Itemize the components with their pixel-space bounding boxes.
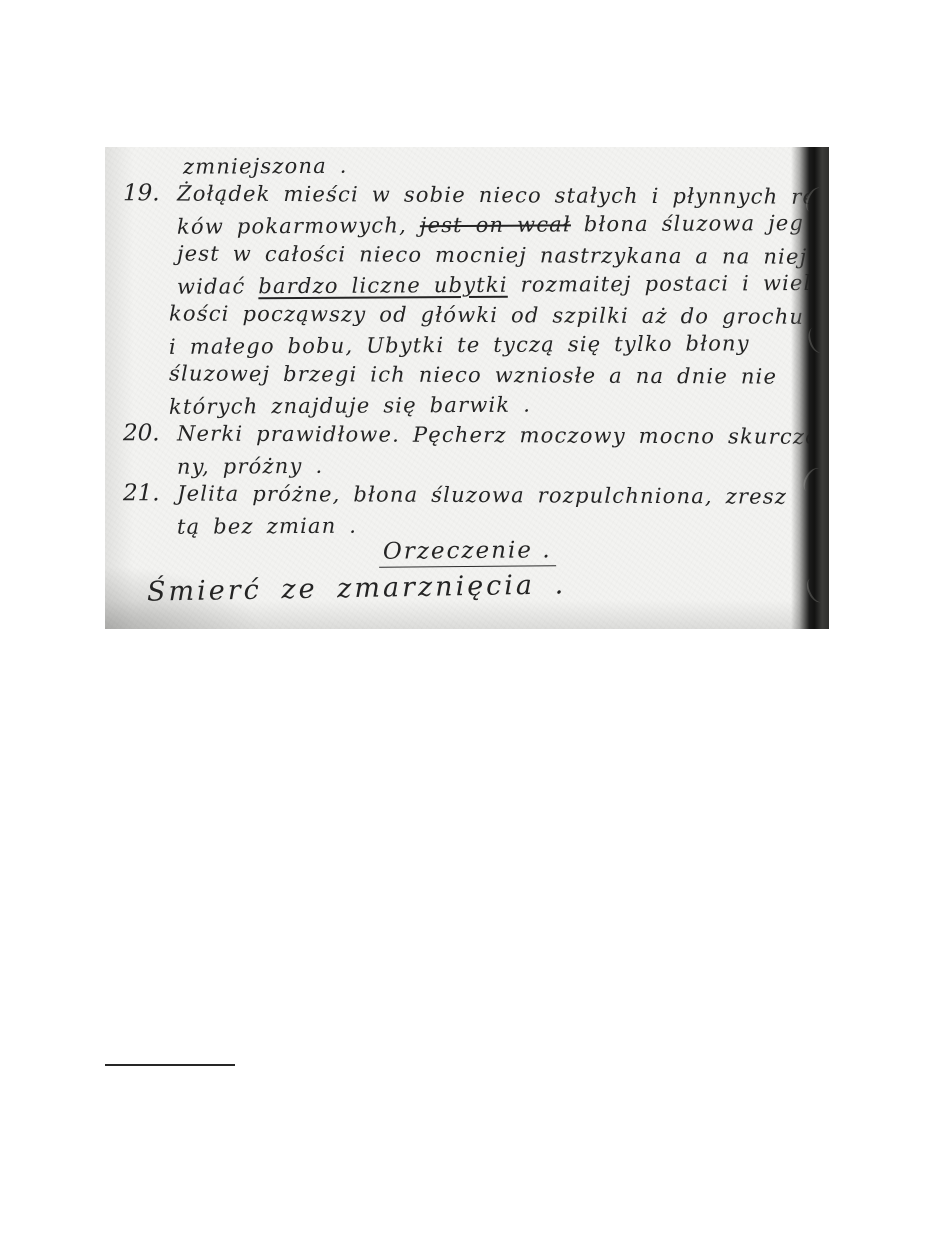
manuscript-line: ków pokarmowych, jest on wcał błona śluz… bbox=[105, 208, 829, 242]
line-text: ny, próżny . bbox=[177, 451, 323, 482]
line-text: kości począwszy od główki od szpilki aż … bbox=[169, 298, 804, 331]
manuscript-line: 19.Żołądek mieści w sobie nieco stałych … bbox=[105, 178, 829, 212]
manuscript-line: i małego bobu, Ubytki te tyczą się tylko… bbox=[105, 328, 829, 362]
manuscript-line: zmniejszona . bbox=[105, 148, 829, 182]
line-text: zmniejszona . bbox=[183, 151, 348, 182]
line-text: ków pokarmowych, jest on wcał błona śluz… bbox=[177, 208, 804, 242]
manuscript-line: 21.Jelita próżne, błona śluzowa rozpulch… bbox=[105, 478, 829, 512]
footnote-separator-rule bbox=[105, 1064, 235, 1066]
text-segment: zmniejszona . bbox=[183, 154, 348, 179]
text-segment: tą bez zmian . bbox=[177, 514, 357, 539]
text-segment: widać bbox=[177, 274, 258, 298]
text-segment: Jelita próżne, błona śluzowa rozpulchnio… bbox=[177, 481, 787, 508]
text-segment: jest w całości nieco mocniej nastrzykana… bbox=[177, 241, 807, 268]
book-gutter-shadow bbox=[791, 147, 829, 629]
text-segment: jest on wcał bbox=[420, 212, 571, 237]
manuscript-line: śluzowej brzegi ich nieco wzniosłe a na … bbox=[105, 358, 829, 392]
verdict-heading-row: Orzeczenie . bbox=[105, 538, 829, 567]
ghost-stroke bbox=[803, 575, 828, 605]
ghost-stroke bbox=[800, 465, 827, 496]
line-text: widać bardzo liczne ubytki rozmaitej pos… bbox=[177, 268, 812, 302]
line-text: Nerki prawidłowe. Pęcherz moczowy mocno … bbox=[177, 418, 819, 451]
text-segment: błona śluzowa jeg bbox=[571, 211, 804, 236]
text-segment: kości począwszy od główki od szpilki aż … bbox=[169, 301, 804, 328]
manuscript-line: kości począwszy od główki od szpilki aż … bbox=[105, 298, 829, 332]
manuscript-line: 20.Nerki prawidłowe. Pęcherz moczowy moc… bbox=[105, 418, 829, 452]
text-segment: śluzowej brzegi ich nieco wzniosłe a na … bbox=[169, 361, 777, 388]
line-text: i małego bobu, Ubytki te tyczą się tylko… bbox=[169, 328, 750, 362]
manuscript-line: ny, próżny . bbox=[105, 448, 829, 482]
text-segment: których znajduje się barwik . bbox=[169, 393, 531, 419]
text-segment: rozmaitej postaci i wiel bbox=[508, 271, 812, 297]
line-text: Jelita próżne, błona śluzowa rozpulchnio… bbox=[177, 478, 787, 511]
item-number: 20. bbox=[123, 418, 160, 448]
text-segment: ny, próżny . bbox=[177, 454, 323, 479]
line-text: których znajduje się barwik . bbox=[169, 390, 531, 422]
manuscript-scan: zmniejszona .19.Żołądek mieści w sobie n… bbox=[105, 147, 829, 629]
manuscript-line: których znajduje się barwik . bbox=[105, 388, 829, 422]
text-segment: Żołądek mieści w sobie nieco stałych i p… bbox=[177, 181, 829, 208]
verdict-text: Śmierć ze zmarznięcia . bbox=[147, 569, 567, 607]
ghost-stroke bbox=[802, 185, 827, 215]
line-text: jest w całości nieco mocniej nastrzykana… bbox=[177, 238, 808, 271]
text-segment: i małego bobu, Ubytki te tyczą się tylko… bbox=[169, 331, 750, 359]
item-number: 19. bbox=[123, 178, 160, 208]
manuscript-line: jest w całości nieco mocniej nastrzykana… bbox=[105, 238, 829, 272]
manuscript-line: widać bardzo liczne ubytki rozmaitej pos… bbox=[105, 268, 829, 302]
line-text: Żołądek mieści w sobie nieco stałych i p… bbox=[177, 178, 829, 211]
text-segment: ków pokarmowych, bbox=[177, 213, 420, 238]
manuscript-lines: zmniejszona .19.Żołądek mieści w sobie n… bbox=[105, 150, 829, 540]
ghost-stroke bbox=[805, 325, 828, 355]
text-segment: bardzo liczne ubytki bbox=[258, 273, 508, 299]
item-number: 21. bbox=[123, 478, 160, 508]
verdict-heading: Orzeczenie . bbox=[379, 537, 556, 568]
text-segment: Nerki prawidłowe. Pęcherz moczowy mocno … bbox=[177, 421, 819, 448]
line-text: śluzowej brzegi ich nieco wzniosłe a na … bbox=[169, 358, 777, 391]
